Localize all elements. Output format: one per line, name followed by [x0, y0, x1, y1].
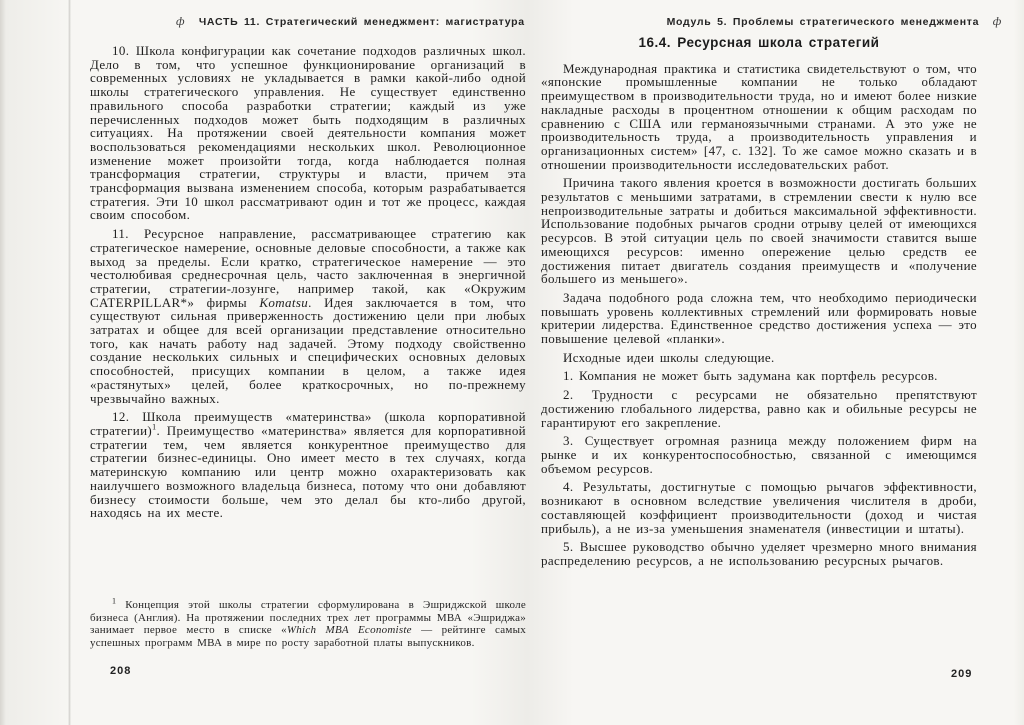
- paragraph: Международная практика и статистика свид…: [541, 62, 977, 172]
- running-header-right-text: Модуль 5. Проблемы стратегического менед…: [667, 16, 980, 28]
- paragraph: 11. Ресурсное направление, рассматривающ…: [90, 227, 526, 405]
- page-scan-edge: [68, 0, 71, 725]
- right-page-body: 16.4. Ресурсная школа стратегий Междунар…: [541, 36, 977, 568]
- page-number-left: 208: [110, 665, 131, 677]
- footnote-text: 1 Концепция этой школы стратегии сформул…: [90, 599, 526, 649]
- paragraph: Причина такого явления кроется в возможн…: [541, 176, 977, 286]
- paragraph: Задача подобного рода сложна тем, что не…: [541, 291, 977, 346]
- paragraph: 2. Трудности с ресурсами не обязательно …: [541, 388, 977, 429]
- running-header-right: Модуль 5. Проблемы стратегического менед…: [667, 14, 1010, 29]
- paragraph: 5. Высшее руководство обычно уделяет чре…: [541, 540, 977, 567]
- paragraph: 1. Компания не может быть задумана как п…: [541, 369, 977, 383]
- paragraph: Исходные идеи школы следующие.: [541, 351, 977, 365]
- ornament-icon: ф: [985, 14, 1010, 28]
- book-spread: ф ЧАСТЬ 11. Стратегический менеджмент: м…: [0, 0, 1024, 725]
- ornament-icon: ф: [168, 14, 193, 28]
- paragraph: 3. Существует огромная разница между пол…: [541, 434, 977, 475]
- paragraph: 12. Школа преимуществ «материнства» (шко…: [90, 410, 526, 520]
- running-header-left: ф ЧАСТЬ 11. Стратегический менеджмент: м…: [168, 14, 525, 29]
- paragraph: 4. Результаты, достигнутые с помощью рыч…: [541, 480, 977, 535]
- running-header-left-text: ЧАСТЬ 11. Стратегический менеджмент: маг…: [199, 16, 525, 28]
- footnote: 1 Концепция этой школы стратегии сформул…: [90, 599, 526, 649]
- page-number-right: 209: [951, 668, 972, 680]
- right-page-paragraphs: Международная практика и статистика свид…: [541, 62, 977, 568]
- section-heading: 16.4. Ресурсная школа стратегий: [541, 36, 977, 50]
- left-page-body: 10. Школа конфигурации как сочетание под…: [90, 44, 526, 520]
- paragraph: 10. Школа конфигурации как сочетание под…: [90, 44, 526, 222]
